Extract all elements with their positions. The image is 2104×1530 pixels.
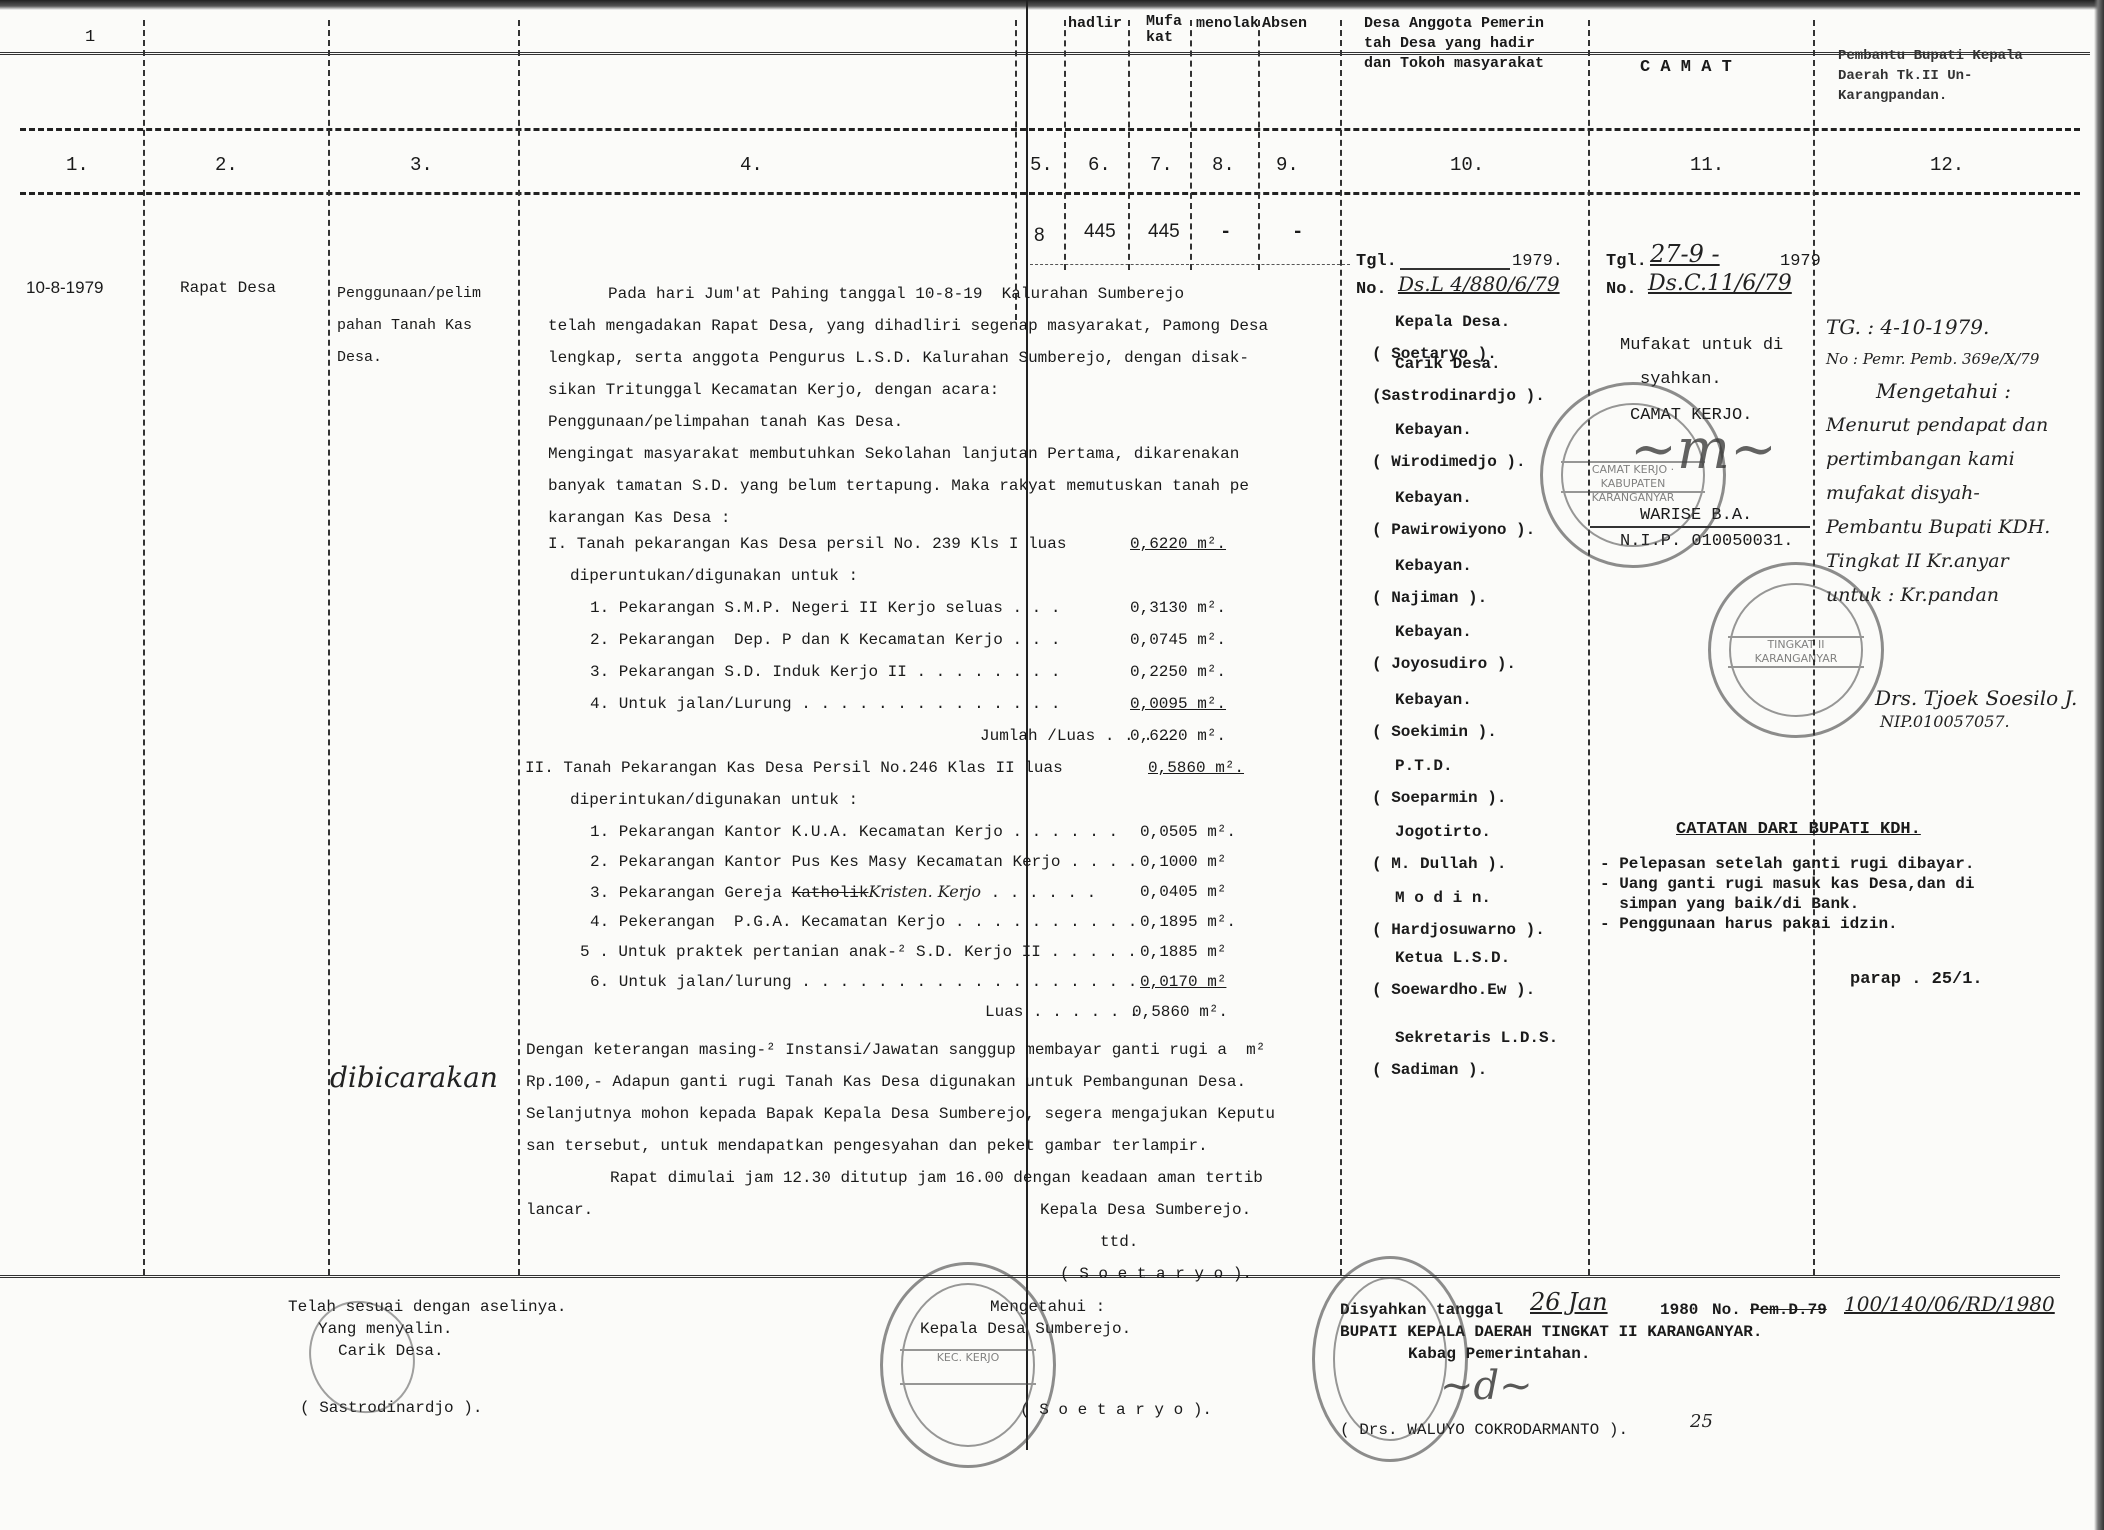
regent-stamp [1312, 1256, 1468, 1462]
parcel-1-item-label: 3. Pekarangan S.D. Induk Kerjo II . . . … [590, 662, 1060, 682]
col11-notes: - Pelepasan setelah ganti rugi dibayar. … [1600, 854, 1974, 934]
parcel-2-item-label: 2. Pekarangan Kantor Pus Kes Masy Kecama… [590, 852, 1137, 872]
colnum-7: 7. [1150, 155, 1173, 175]
margin-note-handwritten: dibicarakan [330, 1068, 498, 1088]
signatory-role: Kebayan. [1395, 556, 1472, 576]
header-mufakat: Mufa kat [1146, 14, 1196, 46]
colnum-8: 8. [1212, 155, 1235, 175]
parcel-1-item-area: 0,0095 m². [1130, 694, 1226, 714]
parcel-2-total-area: 0,5860 m². [1132, 1002, 1228, 1022]
header-rule-1 [0, 52, 2090, 58]
col11-no-label: No. [1606, 280, 1637, 300]
col10-tgl-label: Tgl. [1356, 252, 1397, 272]
signatory-role: Kebayan. [1395, 690, 1472, 710]
row-subject: Penggunaan/pelim pahan Tanah Kas Desa. [337, 278, 481, 374]
signatory-name: ( Soeparmin ). [1372, 788, 1506, 808]
scan-edge-top [0, 0, 2104, 10]
parcel-2-item-area: 0,0170 m² [1140, 972, 1226, 992]
colnum-4: 4. [740, 155, 763, 175]
colnum-2: 2. [215, 155, 238, 175]
item-text: 1. Pekarangan Kantor K.U.A. Kecamatan Ke… [590, 823, 1118, 841]
scanned-document-page: 1 hadlir Mufa kat menolak Absen Desa Ang… [0, 0, 2104, 1530]
col-divider-10 [1340, 20, 1342, 1275]
ratify-no-struck: Pem.D.79 [1750, 1300, 1827, 1320]
ratify-no-value: 100/140/06/RD/1980 [1844, 1294, 2055, 1314]
col11-tgl-value: 27-9 - [1650, 244, 1720, 264]
header-col-10: Desa Anggota Pemerin tah Desa yang hadir… [1364, 14, 1544, 74]
parcel-2-item-label: 5 . Untuk praktek pertanian anak-² S.D. … [580, 942, 1137, 962]
parcel-1-title: I. Tanah pekarangan Kas Desa persil No. … [548, 534, 1066, 554]
row-date: 10-8-1979 [26, 278, 104, 298]
col-divider-3 [518, 20, 520, 1275]
colnum-12: 12. [1930, 155, 1964, 175]
camat-stamp: CAMAT KERJO · KABUPATEN KARANGANYAR [1540, 382, 1726, 568]
parcel-2-item-area: 0,1885 m² [1140, 942, 1226, 962]
col12-name: Drs. Tjoek Soesilo J. [1875, 688, 2077, 708]
village-head-signature: Kepala Desa Sumberejo. ttd. ( S o e t a … [1040, 1194, 1251, 1290]
parcel-2-item-area: 0,0405 m² [1140, 882, 1226, 902]
parcel-2-item-label: 1. Pekarangan Kantor K.U.A. Kecamatan Ke… [590, 822, 1118, 842]
count-absen: - [1292, 222, 1303, 242]
signatory-role: Ketua L.S.D. [1395, 948, 1510, 968]
signatory-role: Kebayan. [1395, 488, 1472, 508]
colnum-9: 9. [1276, 155, 1299, 175]
colnum-11: 11. [1690, 155, 1724, 175]
parcel-1-item-label: 2. Pekarangan Dep. P dan K Kecamatan Ker… [590, 630, 1060, 650]
parcel-2-intro: diperintukan/digunakan untuk : [570, 790, 858, 810]
parcel-2-item-area: 0,0505 m². [1140, 822, 1236, 842]
parcel-1-item-area: 0,2250 m². [1130, 662, 1226, 682]
parcel-1-item-label: 1. Pekarangan S.M.P. Negeri II Kerjo sel… [590, 598, 1060, 618]
header-menolak: menolak [1196, 14, 1259, 34]
signatory-name: ( Najiman ). [1372, 588, 1487, 608]
colnum-3: 3. [410, 155, 433, 175]
col10-tgl-year: 1979. [1512, 252, 1563, 272]
colnum-6: 6. [1088, 155, 1111, 175]
item-text: 4. Pekerangan P.G.A. Kecamatan Kerjo . .… [590, 913, 1137, 931]
col-divider-7 [1128, 20, 1130, 270]
signatory-name: ( M. Dullah ). [1372, 854, 1506, 874]
signatory-role: Kepala Desa. [1395, 312, 1510, 332]
header-absen: Absen [1262, 14, 1307, 34]
col-divider-9 [1258, 20, 1260, 270]
signatory-role: M o d i n. [1395, 888, 1491, 908]
handwritten-correction: Kristen. Kerjo [868, 882, 981, 901]
signatory-name: (Sastrodinardjo ). [1372, 386, 1545, 406]
header-col-1: 1 [85, 28, 95, 48]
footer-rule [0, 1275, 2060, 1281]
col12-bupati-note: TG. : 4-10-1979. No : Pemr. Pemb. 369e/X… [1826, 310, 2050, 612]
col11-tgl-label: Tgl. [1606, 252, 1647, 272]
count-col5: 8 [1034, 226, 1045, 246]
signatory-name: ( Wirodimedjo ). [1372, 452, 1526, 472]
parcel-2-title: II. Tanah Pekarangan Kas Desa Persil No.… [525, 758, 1063, 778]
parcel-2-item-label: 3. Pekarangan Gereja KatholikKristen. Ke… [590, 882, 1096, 903]
ratify-mark: 25 [1690, 1412, 1713, 1432]
signatory-role: P.T.D. [1395, 756, 1453, 776]
parcel-1-item-area: 0,3130 m². [1130, 598, 1226, 618]
col11-no-value: Ds.C.11/6/79 [1648, 274, 1792, 294]
col-divider-6 [1064, 20, 1066, 270]
parcel-1-item-area: 0,0745 m². [1130, 630, 1226, 650]
struck-text: Katholik [792, 884, 869, 902]
col11-notes-title: CATATAN DARI BUPATI KDH. [1676, 820, 1921, 840]
item-text: 6. Untuk jalan/lurung . . . . . . . . . … [590, 973, 1137, 991]
col-divider-1 [143, 20, 145, 1275]
signatory-role: Carik Desa. [1395, 354, 1501, 374]
col-divider-8 [1190, 20, 1192, 270]
fold-line [1026, 0, 1028, 1450]
colnum-5: 5. [1030, 155, 1053, 175]
col11-paraf: parap . 25/1. [1850, 970, 1983, 990]
col10-no-label: No. [1356, 280, 1387, 300]
signatory-name: ( Pawirowiyono ). [1372, 520, 1535, 540]
parcel-1-intro: diperuntukan/digunakan untuk : [570, 566, 858, 586]
scan-edge-right [2094, 0, 2104, 1530]
signatory-name: ( Soekimin ). [1372, 722, 1497, 742]
col10-no-value: Ds.L 4/880/6/79 [1398, 274, 1560, 294]
parcel-2-item-label: 6. Untuk jalan/lurung . . . . . . . . . … [590, 972, 1137, 992]
col11-tgl-year: 1979 [1780, 252, 1821, 272]
header-hadlir: hadlir [1068, 14, 1122, 34]
col12-nip: NIP.010057057. [1880, 712, 2010, 732]
colnum-1: 1. [66, 155, 89, 175]
signatory-name: ( Hardjosuwarno ). [1372, 920, 1545, 940]
bupati-assistant-stamp: TINGKAT IIKARANGANYAR [1708, 562, 1884, 738]
ratify-date: 26 Jan [1530, 1292, 1608, 1312]
parcel-1-area: 0,6220 m². [1130, 534, 1226, 554]
parcel-2-item-area: 0,1000 m² [1140, 852, 1226, 872]
ratify-year: 1980 [1660, 1300, 1698, 1320]
parcel-1-item-label: 4. Untuk jalan/Lurung . . . . . . . . . … [590, 694, 1060, 714]
parcel-2-item-label: 4. Pekerangan P.G.A. Kecamatan Kerjo . .… [590, 912, 1137, 932]
signatory-role: Kebayan. [1395, 420, 1472, 440]
parcel-2-area: 0,5860 m². [1148, 758, 1244, 778]
count-menolak: - [1220, 222, 1231, 242]
parcel-1-total-area: 0,6220 m². [1130, 726, 1226, 746]
signatory-role: Sekretaris L.D.S. [1395, 1028, 1558, 1048]
signatory-name: ( Soewardho.Ew ). [1372, 980, 1535, 1000]
col10-tgl-blank [1400, 268, 1510, 270]
item-text: 5 . Untuk praktek pertanian anak-² S.D. … [580, 943, 1137, 961]
col11-approval-1: Mufakat untuk di [1620, 336, 1783, 356]
meeting-minutes: Pada hari Jum'at Pahing tanggal 10-8-19 … [548, 278, 1268, 534]
parcel-2-total-label: Luas . . . . . . [985, 1002, 1139, 1022]
row-meeting-type: Rapat Desa [180, 278, 276, 298]
item-text: 3. Pekarangan Gereja [590, 884, 792, 902]
signatory-name: ( Joyosudiro ). [1372, 654, 1516, 674]
count-hadlir: 445 [1084, 222, 1116, 242]
ratify-no-label: No. [1712, 1300, 1741, 1320]
item-text: 2. Pekarangan Kantor Pus Kes Masy Kecama… [590, 853, 1137, 871]
signatory-role: Jogotirto. [1395, 822, 1491, 842]
parcel-2-item-area: 0,1895 m². [1140, 912, 1236, 932]
signatory-name: ( Sadiman ). [1372, 1060, 1487, 1080]
col-divider-11 [1588, 20, 1590, 1275]
header-camat: C A M A T [1640, 58, 1732, 78]
leader-dots: . . . . . . [981, 884, 1096, 902]
village-head-stamp: KEC. KERJO [880, 1262, 1056, 1468]
header-col-12: Pembantu Bupati Kepala Daerah Tk.II Un- … [1838, 46, 2023, 106]
colnum-10: 10. [1450, 155, 1484, 175]
signatory-role: Kebayan. [1395, 622, 1472, 642]
count-mufakat: 445 [1148, 222, 1180, 242]
col-divider-4 [1015, 20, 1017, 320]
